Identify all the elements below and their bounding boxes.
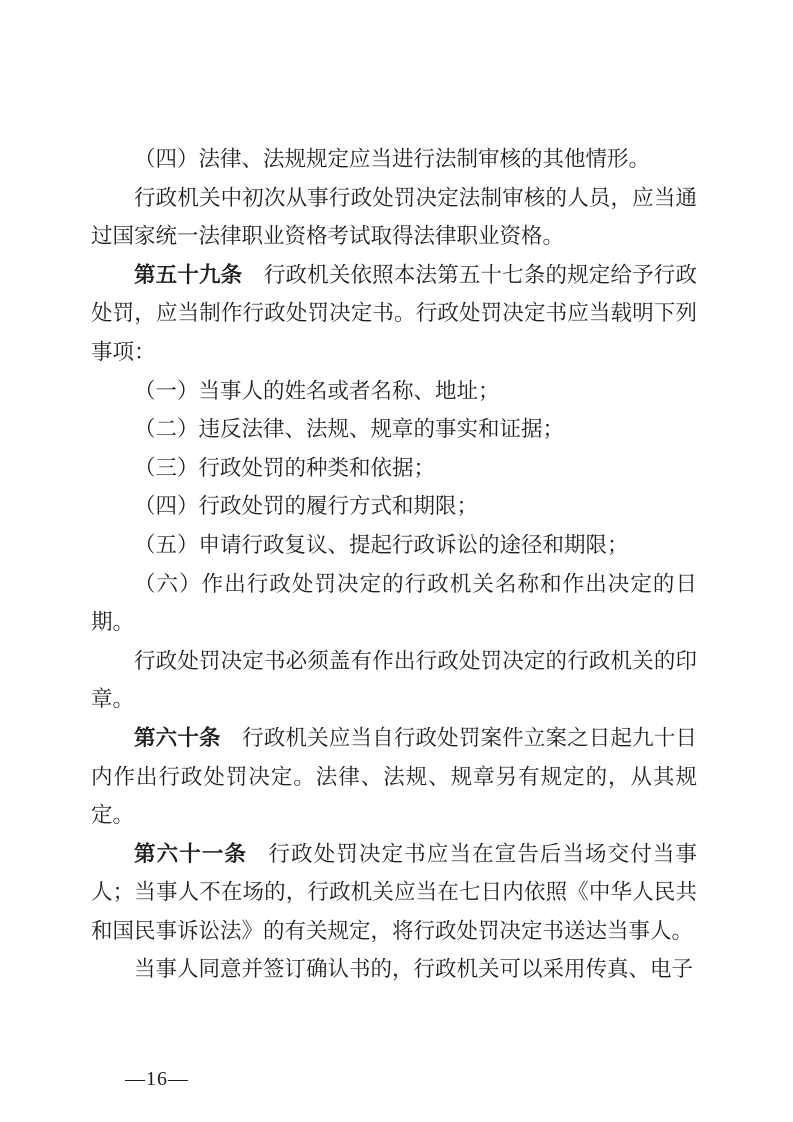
article-59-paragraph: 第五十九条行政机关依照本法第五十七条的规定给予行政处罚，应当制作行政处罚决定书。…: [91, 256, 697, 372]
list-item-six: （六）作出行政处罚决定的行政机关名称和作出决定的日期。: [91, 565, 697, 642]
paragraph-seal-requirement: 行政处罚决定书必须盖有作出行政处罚决定的行政机关的印章。: [91, 642, 697, 719]
list-item-four-legal-review: （四）法律、法规规定应当进行法制审核的其他情形。: [91, 140, 697, 179]
list-item-three: （三）行政处罚的种类和依据；: [91, 449, 697, 488]
article-61-term: 第六十一条: [134, 842, 247, 866]
paragraph-delivery-methods: 当事人同意并签订确认书的，行政机关可以采用传真、电子: [91, 950, 697, 989]
article-59-term: 第五十九条: [134, 263, 242, 287]
article-61-paragraph: 第六十一条行政处罚决定书应当在宣告后当场交付当事人；当事人不在场的，行政机关应当…: [91, 835, 697, 951]
list-item-two: （二）违反法律、法规、规章的事实和证据；: [91, 410, 697, 449]
document-page: （四）法律、法规规定应当进行法制审核的其他情形。 行政机关中初次从事行政处罚决定…: [0, 0, 793, 1122]
paragraph-legal-qualification: 行政机关中初次从事行政处罚决定法制审核的人员，应当通过国家统一法律职业资格考试取…: [91, 179, 697, 256]
list-item-one: （一）当事人的姓名或者名称、地址；: [91, 372, 697, 411]
page-number: —16—: [125, 1066, 189, 1092]
article-60-term: 第六十条: [134, 726, 221, 750]
list-item-five: （五）申请行政复议、提起行政诉讼的途径和期限；: [91, 526, 697, 565]
document-body: （四）法律、法规规定应当进行法制审核的其他情形。 行政机关中初次从事行政处罚决定…: [91, 140, 697, 989]
article-60-paragraph: 第六十条行政机关应当自行政处罚案件立案之日起九十日内作出行政处罚决定。法律、法规…: [91, 719, 697, 835]
list-item-four: （四）行政处罚的履行方式和期限；: [91, 487, 697, 526]
